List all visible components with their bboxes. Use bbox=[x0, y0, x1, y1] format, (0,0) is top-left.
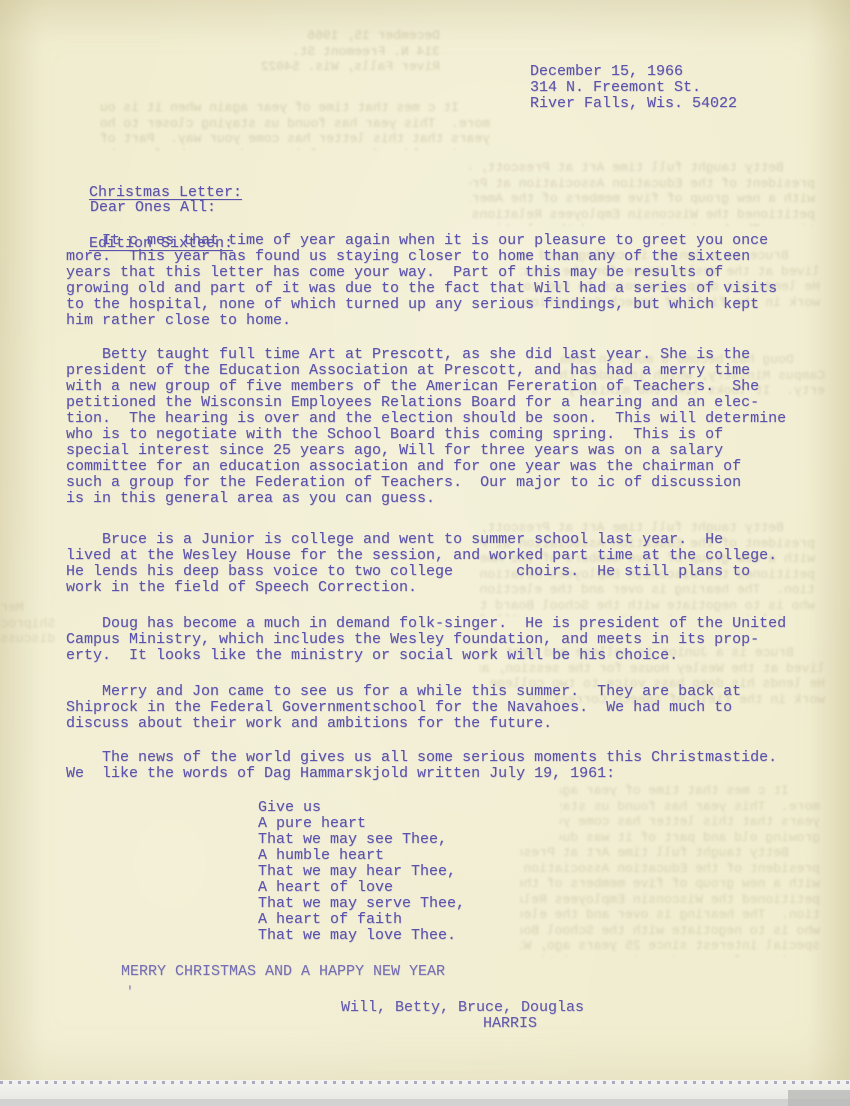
paragraph: The news of the world gives us all some … bbox=[66, 750, 777, 782]
ghost-bleed-through: It c mes that time of year again when it… bbox=[100, 100, 490, 150]
poem-quote: Give us A pure heart That we may see The… bbox=[258, 800, 465, 944]
ghost-bleed-through: Betty taught full time Art at Prescott, … bbox=[520, 845, 820, 957]
perforation-line bbox=[0, 1081, 850, 1084]
paragraph: Betty taught full time Art at Prescott, … bbox=[66, 347, 786, 507]
salutation: Dear Ones All: bbox=[90, 200, 216, 216]
signature-names: Will, Betty, Bruce, Douglas bbox=[341, 1000, 584, 1016]
ghost-bleed-through: Merry and Jon came to see us for a while… bbox=[0, 600, 55, 730]
ghost-bleed-through: Betty taught full time Art at Prescott, … bbox=[470, 160, 815, 226]
ghost-bleed-through: It c mes that time of year again when it… bbox=[560, 783, 820, 843]
signature-surname: HARRIS bbox=[483, 1016, 537, 1032]
paragraph: It c mes that time of year again when it… bbox=[66, 233, 777, 329]
letter-page: December 15, 1966 314 N. Freemont St. Ri… bbox=[0, 0, 850, 1080]
scanner-background bbox=[0, 1099, 850, 1106]
date-address-block: December 15, 1966 314 N. Freemont St. Ri… bbox=[530, 64, 737, 112]
closing-line: MERRY CHRISTMAS AND A HAPPY NEW YEAR bbox=[121, 964, 445, 980]
stray-mark: ' bbox=[126, 984, 134, 1000]
ghost-bleed-through: December 15, 1966 314 N. Freemont St. Ri… bbox=[150, 28, 440, 80]
paragraph: Bruce is a Junior is college and went to… bbox=[66, 532, 777, 596]
scanner-shadow bbox=[788, 1090, 850, 1106]
paragraph: Doug has become a much in demand folk-si… bbox=[66, 616, 786, 664]
paragraph: Merry and Jon came to see us for a while… bbox=[66, 684, 741, 732]
